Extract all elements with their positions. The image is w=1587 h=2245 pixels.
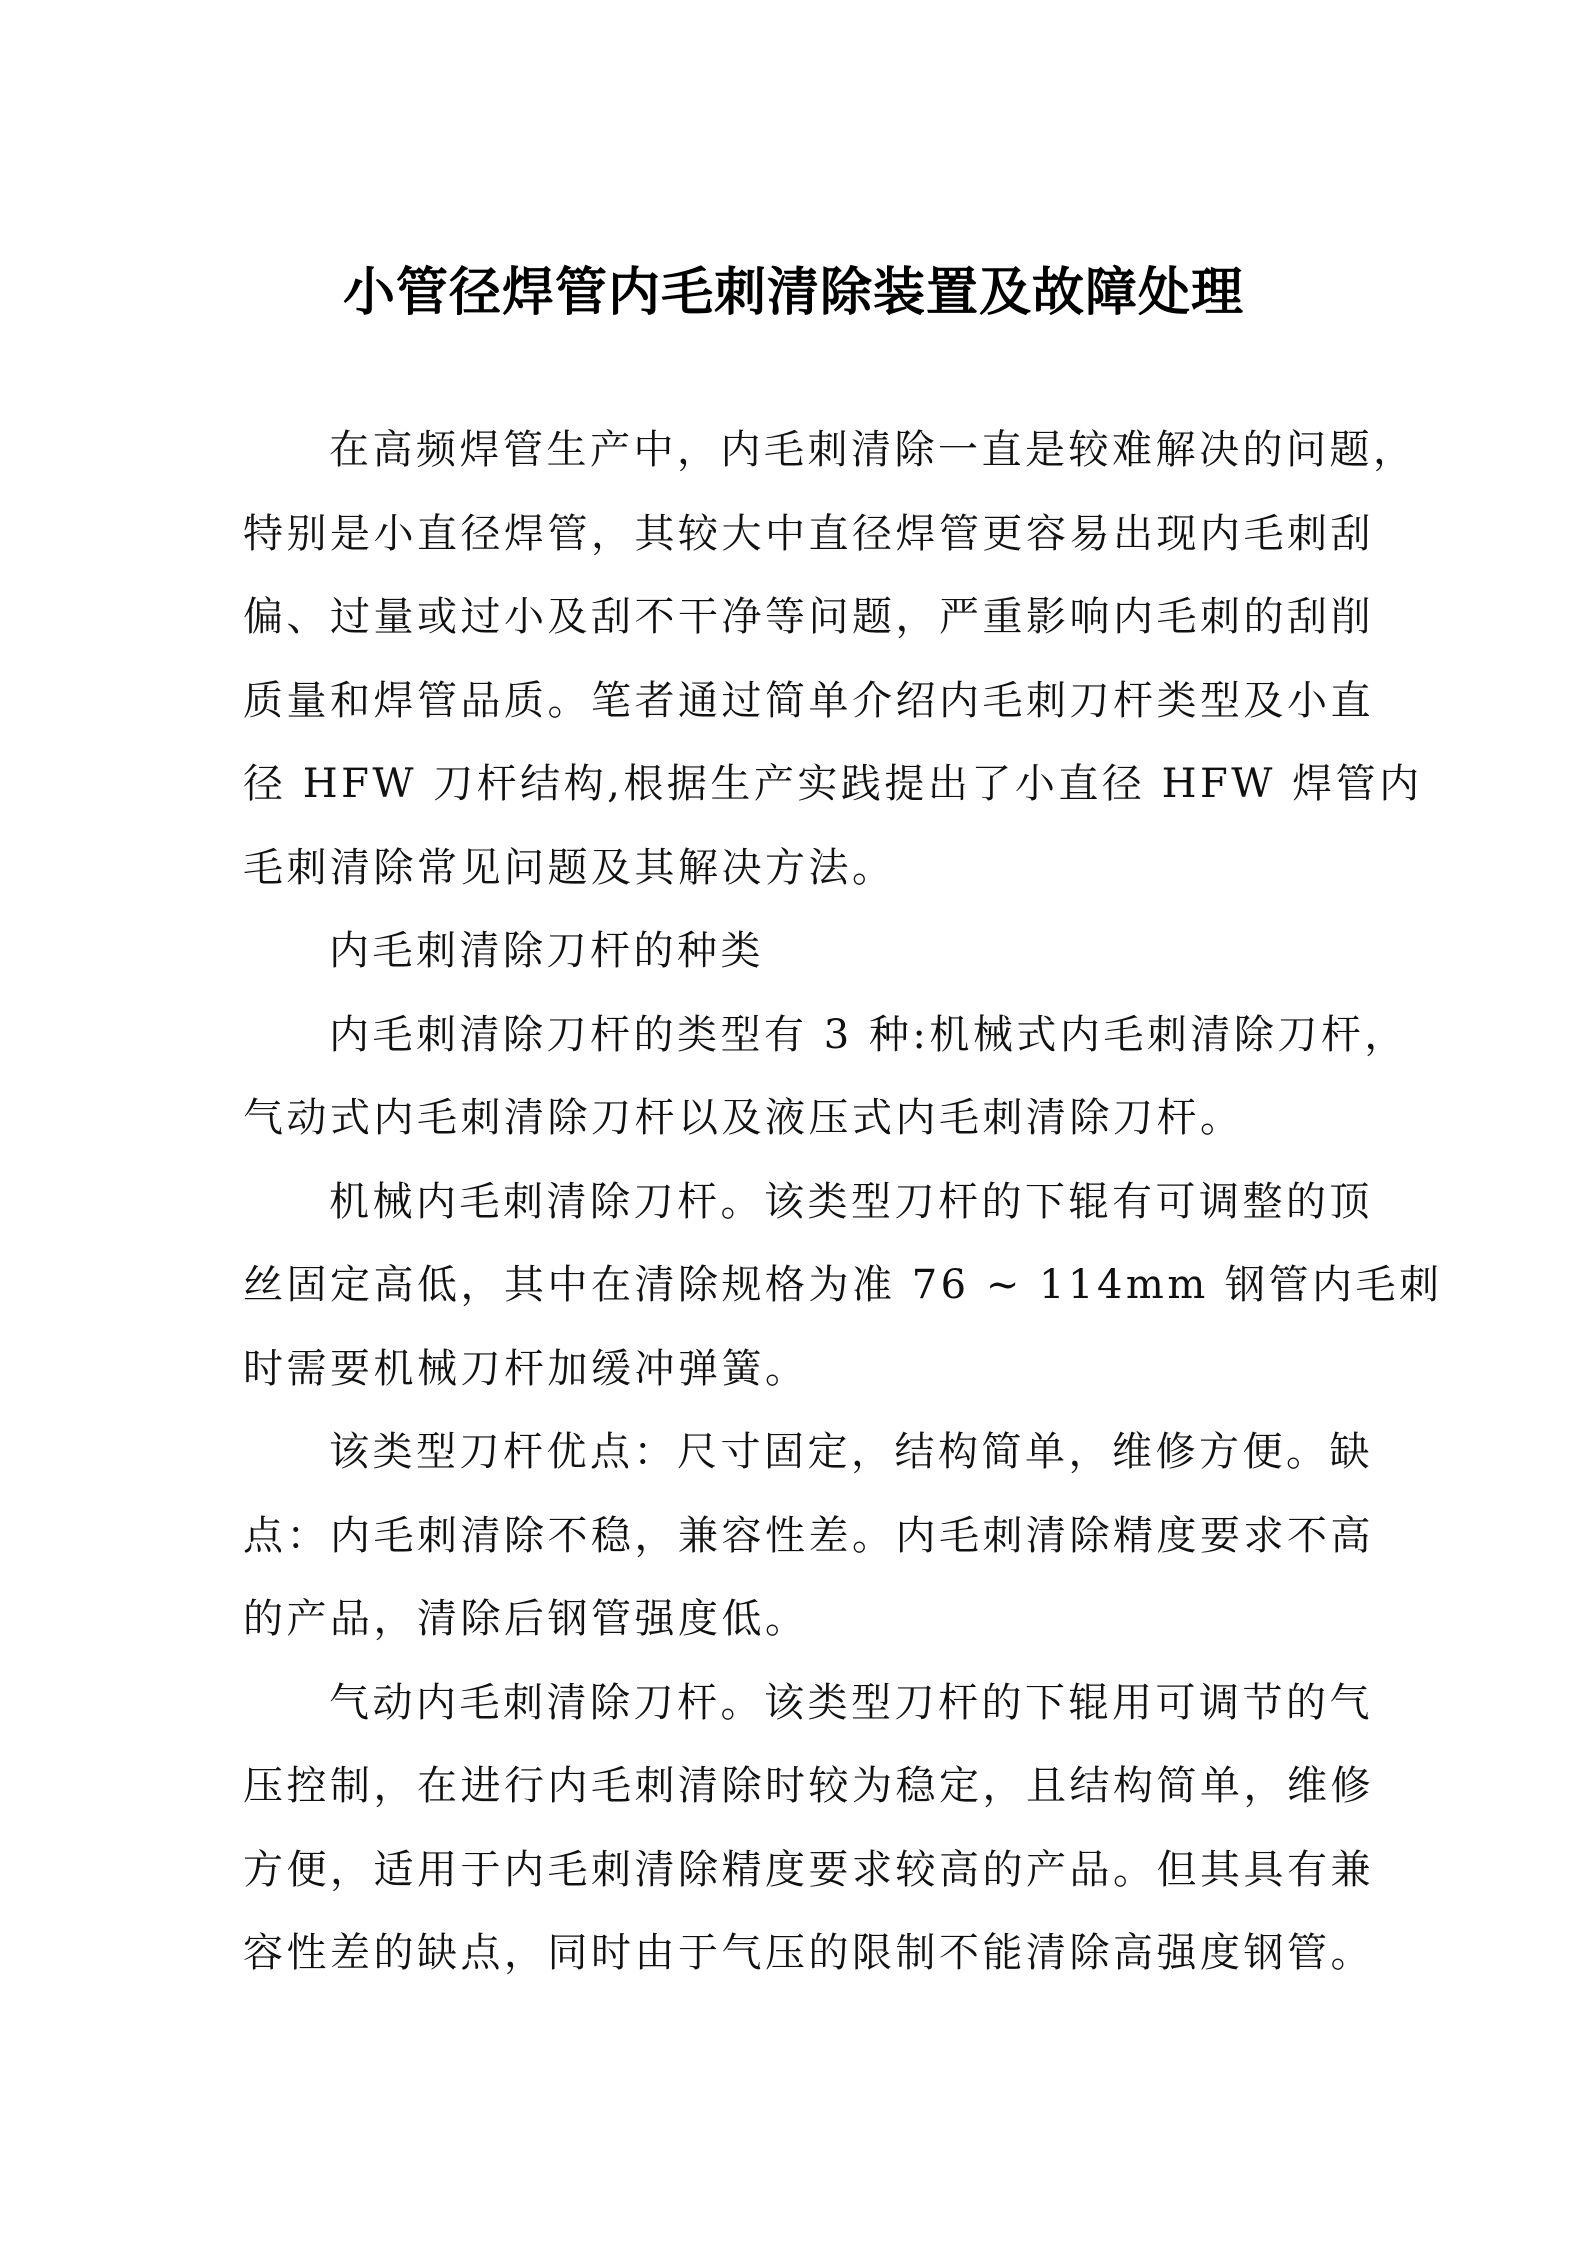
text-line: 的产品，清除后钢管强度低。 — [243, 1589, 1363, 1673]
section-heading-text: 内毛刺清除刀杆的种类 — [243, 921, 1363, 1005]
section-heading: 内毛刺清除刀杆的种类 — [243, 921, 1363, 1005]
types-paragraph: 内毛刺清除刀杆的类型有 3 种:机械式内毛刺清除刀杆， 气动式内毛刺清除刀杆以及… — [243, 1005, 1363, 1172]
text-line: 压控制，在进行内毛刺清除时较为稳定，且结构简单，维修 — [243, 1756, 1363, 1840]
pros-cons-paragraph: 该类型刀杆优点：尺寸固定，结构简单，维修方便。缺 点：内毛刺清除不稳，兼容性差。… — [243, 1422, 1363, 1673]
text-line: 时需要机械刀杆加缓冲弹簧。 — [243, 1339, 1363, 1423]
text-line: 丝固定高低，其中在清除规格为准 76 ~ 114mm 钢管内毛刺 — [243, 1255, 1363, 1339]
text-line: 特别是小直径焊管，其较大中直径焊管更容易出现内毛刺刮 — [243, 504, 1363, 588]
text-line: 毛刺清除常见问题及其解决方法。 — [243, 838, 1363, 922]
text-line: 该类型刀杆优点：尺寸固定，结构简单，维修方便。缺 — [243, 1422, 1363, 1506]
document-page: 小管径焊管内毛刺清除装置及故障处理 在高频焊管生产中，内毛刺清除一直是较难解决的… — [0, 0, 1587, 2245]
mechanical-paragraph: 机械内毛刺清除刀杆。该类型刀杆的下辊有可调整的顶 丝固定高低，其中在清除规格为准… — [243, 1172, 1363, 1423]
text-line: 容性差的缺点，同时由于气压的限制不能清除高强度钢管。 — [243, 1923, 1363, 2007]
text-line: 偏、过量或过小及刮不干净等问题，严重影响内毛刺的刮削 — [243, 587, 1363, 671]
pneumatic-paragraph: 气动内毛刺清除刀杆。该类型刀杆的下辊用可调节的气 压控制，在进行内毛刺清除时较为… — [243, 1673, 1363, 2007]
text-line: 方便，适用于内毛刺清除精度要求较高的产品。但其具有兼 — [243, 1840, 1363, 1924]
text-line: 质量和焊管品质。笔者通过简单介绍内毛刺刀杆类型及小直 — [243, 671, 1363, 755]
text-line: 内毛刺清除刀杆的类型有 3 种:机械式内毛刺清除刀杆， — [243, 1005, 1363, 1089]
text-line: 机械内毛刺清除刀杆。该类型刀杆的下辊有可调整的顶 — [243, 1172, 1363, 1256]
text-line: 气动内毛刺清除刀杆。该类型刀杆的下辊用可调节的气 — [243, 1673, 1363, 1757]
document-body: 在高频焊管生产中，内毛刺清除一直是较难解决的问题， 特别是小直径焊管，其较大中直… — [243, 420, 1363, 2007]
text-line: 径 HFW 刀杆结构,根据生产实践提出了小直径 HFW 焊管内 — [243, 754, 1363, 838]
text-line: 气动式内毛刺清除刀杆以及液压式内毛刺清除刀杆。 — [243, 1088, 1363, 1172]
text-line: 在高频焊管生产中，内毛刺清除一直是较难解决的问题， — [243, 420, 1363, 504]
intro-paragraph: 在高频焊管生产中，内毛刺清除一直是较难解决的问题， 特别是小直径焊管，其较大中直… — [243, 420, 1363, 921]
text-line: 点：内毛刺清除不稳，兼容性差。内毛刺清除精度要求不高 — [243, 1506, 1363, 1590]
document-title: 小管径焊管内毛刺清除装置及故障处理 — [0, 258, 1587, 328]
